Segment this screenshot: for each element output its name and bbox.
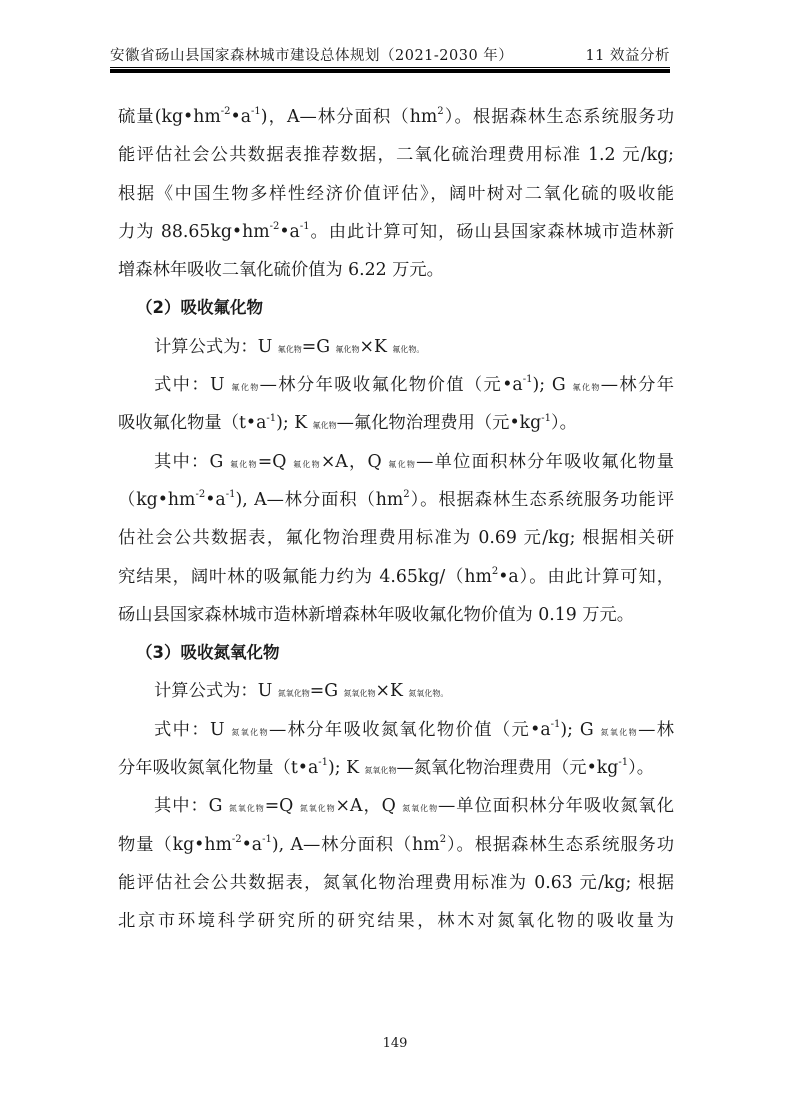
text-line: 砀山县国家森林城市造林新增森林年吸收氟化物价值为 0.19 万元。 xyxy=(118,596,674,634)
text-line: 式中：U 氮氧化物—林分年吸收氮氧化物价值（元•a-1); G 氮氧化物—林 xyxy=(118,711,674,749)
text-line: 其中：G 氟化物=Q 氟化物×A，Q 氟化物—单位面积林分年吸收氟化物量 xyxy=(118,443,674,481)
section-heading-nitrogen-oxides: （3）吸收氮氧化物 xyxy=(118,634,674,672)
text-line: 究结果，阔叶林的吸氟能力约为 4.65kg/（hm2•a）。由此计算可知， xyxy=(118,558,674,596)
text-line: 物量（kg•hm-2•a-1), A—林分面积（hm2）。根据森林生态系统服务功 xyxy=(118,826,674,864)
text-line: 根据《中国生物多样性经济价值评估》，阔叶树对二氧化硫的吸收能 xyxy=(118,175,674,213)
header-rule-thick xyxy=(110,69,670,73)
chapter-title: 11 效益分析 xyxy=(585,44,670,65)
page-number: 149 xyxy=(0,1036,790,1051)
text-line: 硫量(kg•hm-2•a-1)，A—林分面积（hm2）。根据森林生态系统服务功 xyxy=(118,98,674,136)
text-line: 估社会公共数据表，氟化物治理费用标准为 0.69 元/kg; 根据相关研 xyxy=(118,519,674,557)
document-title: 安徽省砀山县国家森林城市建设总体规划（2021-2030 年） xyxy=(110,44,513,65)
formula-line: 计算公式为：U 氮氧化物=G 氮氧化物×K 氮氧化物。 xyxy=(118,672,674,710)
text-line: 北京市环境科学研究所的研究结果，林木对氮氧化物的吸收量为 xyxy=(118,902,674,940)
page-header: 安徽省砀山县国家森林城市建设总体规划（2021-2030 年） 11 效益分析 xyxy=(110,44,670,68)
text-line: 分年吸收氮氧化物量（t•a-1); K 氮氧化物—氮氧化物治理费用（元•kg-1… xyxy=(118,749,674,787)
text-line: 能评估社会公共数据表，氮氧化物治理费用标准为 0.63 元/kg; 根据 xyxy=(118,864,674,902)
text-line: 能评估社会公共数据表推荐数据，二氧化硫治理费用标准 1.2 元/kg; xyxy=(118,136,674,174)
text-line: 吸收氟化物量（t•a-1); K 氟化物—氟化物治理费用（元•kg-1）。 xyxy=(118,404,674,442)
text-line: 力为 88.65kg•hm-2•a-1。由此计算可知，砀山县国家森林城市造林新 xyxy=(118,213,674,251)
formula-line: 计算公式为：U 氟化物=G 氟化物×K 氟化物。 xyxy=(118,328,674,366)
text-line: 其中：G 氮氧化物=Q 氮氧化物×A，Q 氮氧化物—单位面积林分年吸收氮氧化 xyxy=(118,787,674,825)
text-line: 增森林年吸收二氧化硫价值为 6.22 万元。 xyxy=(118,251,674,289)
page-body: 硫量(kg•hm-2•a-1)，A—林分面积（hm2）。根据森林生态系统服务功 … xyxy=(118,98,674,941)
header-rule-thin xyxy=(110,67,670,68)
section-heading-fluoride: （2）吸收氟化物 xyxy=(118,289,674,327)
text-line: 式中：U 氟化物—林分年吸收氟化物价值（元•a-1); G 氟化物—林分年 xyxy=(118,366,674,404)
text-line: （kg•hm-2•a-1), A—林分面积（hm2）。根据森林生态系统服务功能评 xyxy=(118,481,674,519)
